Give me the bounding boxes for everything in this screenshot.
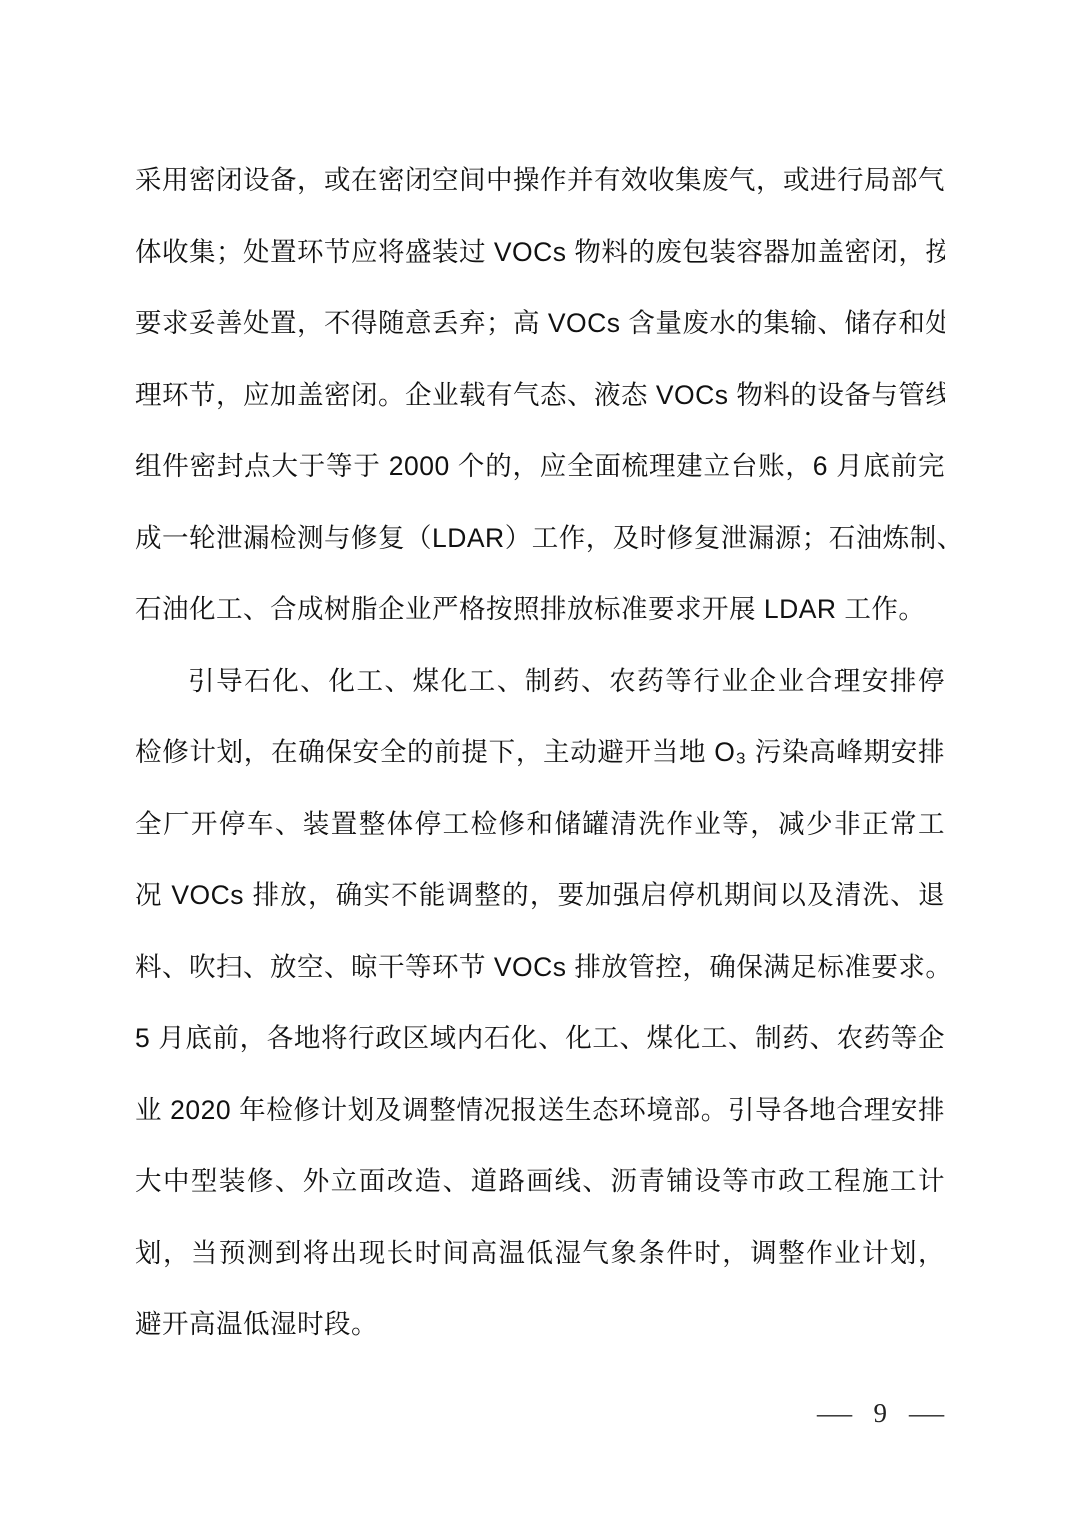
text-line: 理环节，应加盖密闭。企业载有气态、液态 VOCs 物料的设备与管线 <box>135 360 945 432</box>
text-line: 大中型装修、外立面改造、道路画线、沥青铺设等市政工程施工计 <box>135 1146 945 1218</box>
text-line: 业 2020 年检修计划及调整情况报送生态环境部。引导各地合理安排 <box>135 1075 945 1147</box>
text-line: 成一轮泄漏检测与修复（LDAR）工作，及时修复泄漏源；石油炼制、 <box>135 503 945 575</box>
footer-dash-left: — <box>816 1398 851 1429</box>
text-line: 料、吹扫、放空、晾干等环节 VOCs 排放管控，确保满足标准要求。 <box>135 932 945 1004</box>
body-text: 采用密闭设备，或在密闭空间中操作并有效收集废气，或进行局部气 体收集；处置环节应… <box>135 145 945 1361</box>
text-line: 5 月底前，各地将行政区域内石化、化工、煤化工、制药、农药等企 <box>135 1003 945 1075</box>
text-line: 况 VOCs 排放，确实不能调整的，要加强启停机期间以及清洗、退 <box>135 860 945 932</box>
text-line: 采用密闭设备，或在密闭空间中操作并有效收集废气，或进行局部气 <box>135 145 945 217</box>
document-page: 采用密闭设备，或在密闭空间中操作并有效收集废气，或进行局部气 体收集；处置环节应… <box>0 0 1080 1527</box>
page-footer: — 9 — <box>821 1398 941 1429</box>
text-line: 石油化工、合成树脂企业严格按照排放标准要求开展 LDAR 工作。 <box>135 574 945 646</box>
text-line: 避开高温低湿时段。 <box>135 1289 945 1361</box>
text-line: 划，当预测到将出现长时间高温低湿气象条件时，调整作业计划， <box>135 1218 945 1290</box>
page-number: 9 <box>874 1398 888 1429</box>
footer-dash-right: — <box>909 1398 944 1429</box>
text-line: 要求妥善处置，不得随意丢弃；高 VOCs 含量废水的集输、储存和处 <box>135 288 945 360</box>
text-line: 全厂开停车、装置整体停工检修和储罐清洗作业等，减少非正常工 <box>135 789 945 861</box>
text-line: 体收集；处置环节应将盛装过 VOCs 物料的废包装容器加盖密闭，按 <box>135 217 945 289</box>
text-line: 检修计划，在确保安全的前提下，主动避开当地 O₃ 污染高峰期安排 <box>135 717 945 789</box>
text-line: 引导石化、化工、煤化工、制药、农药等行业企业合理安排停 <box>135 646 945 718</box>
text-line: 组件密封点大于等于 2000 个的，应全面梳理建立台账，6 月底前完 <box>135 431 945 503</box>
